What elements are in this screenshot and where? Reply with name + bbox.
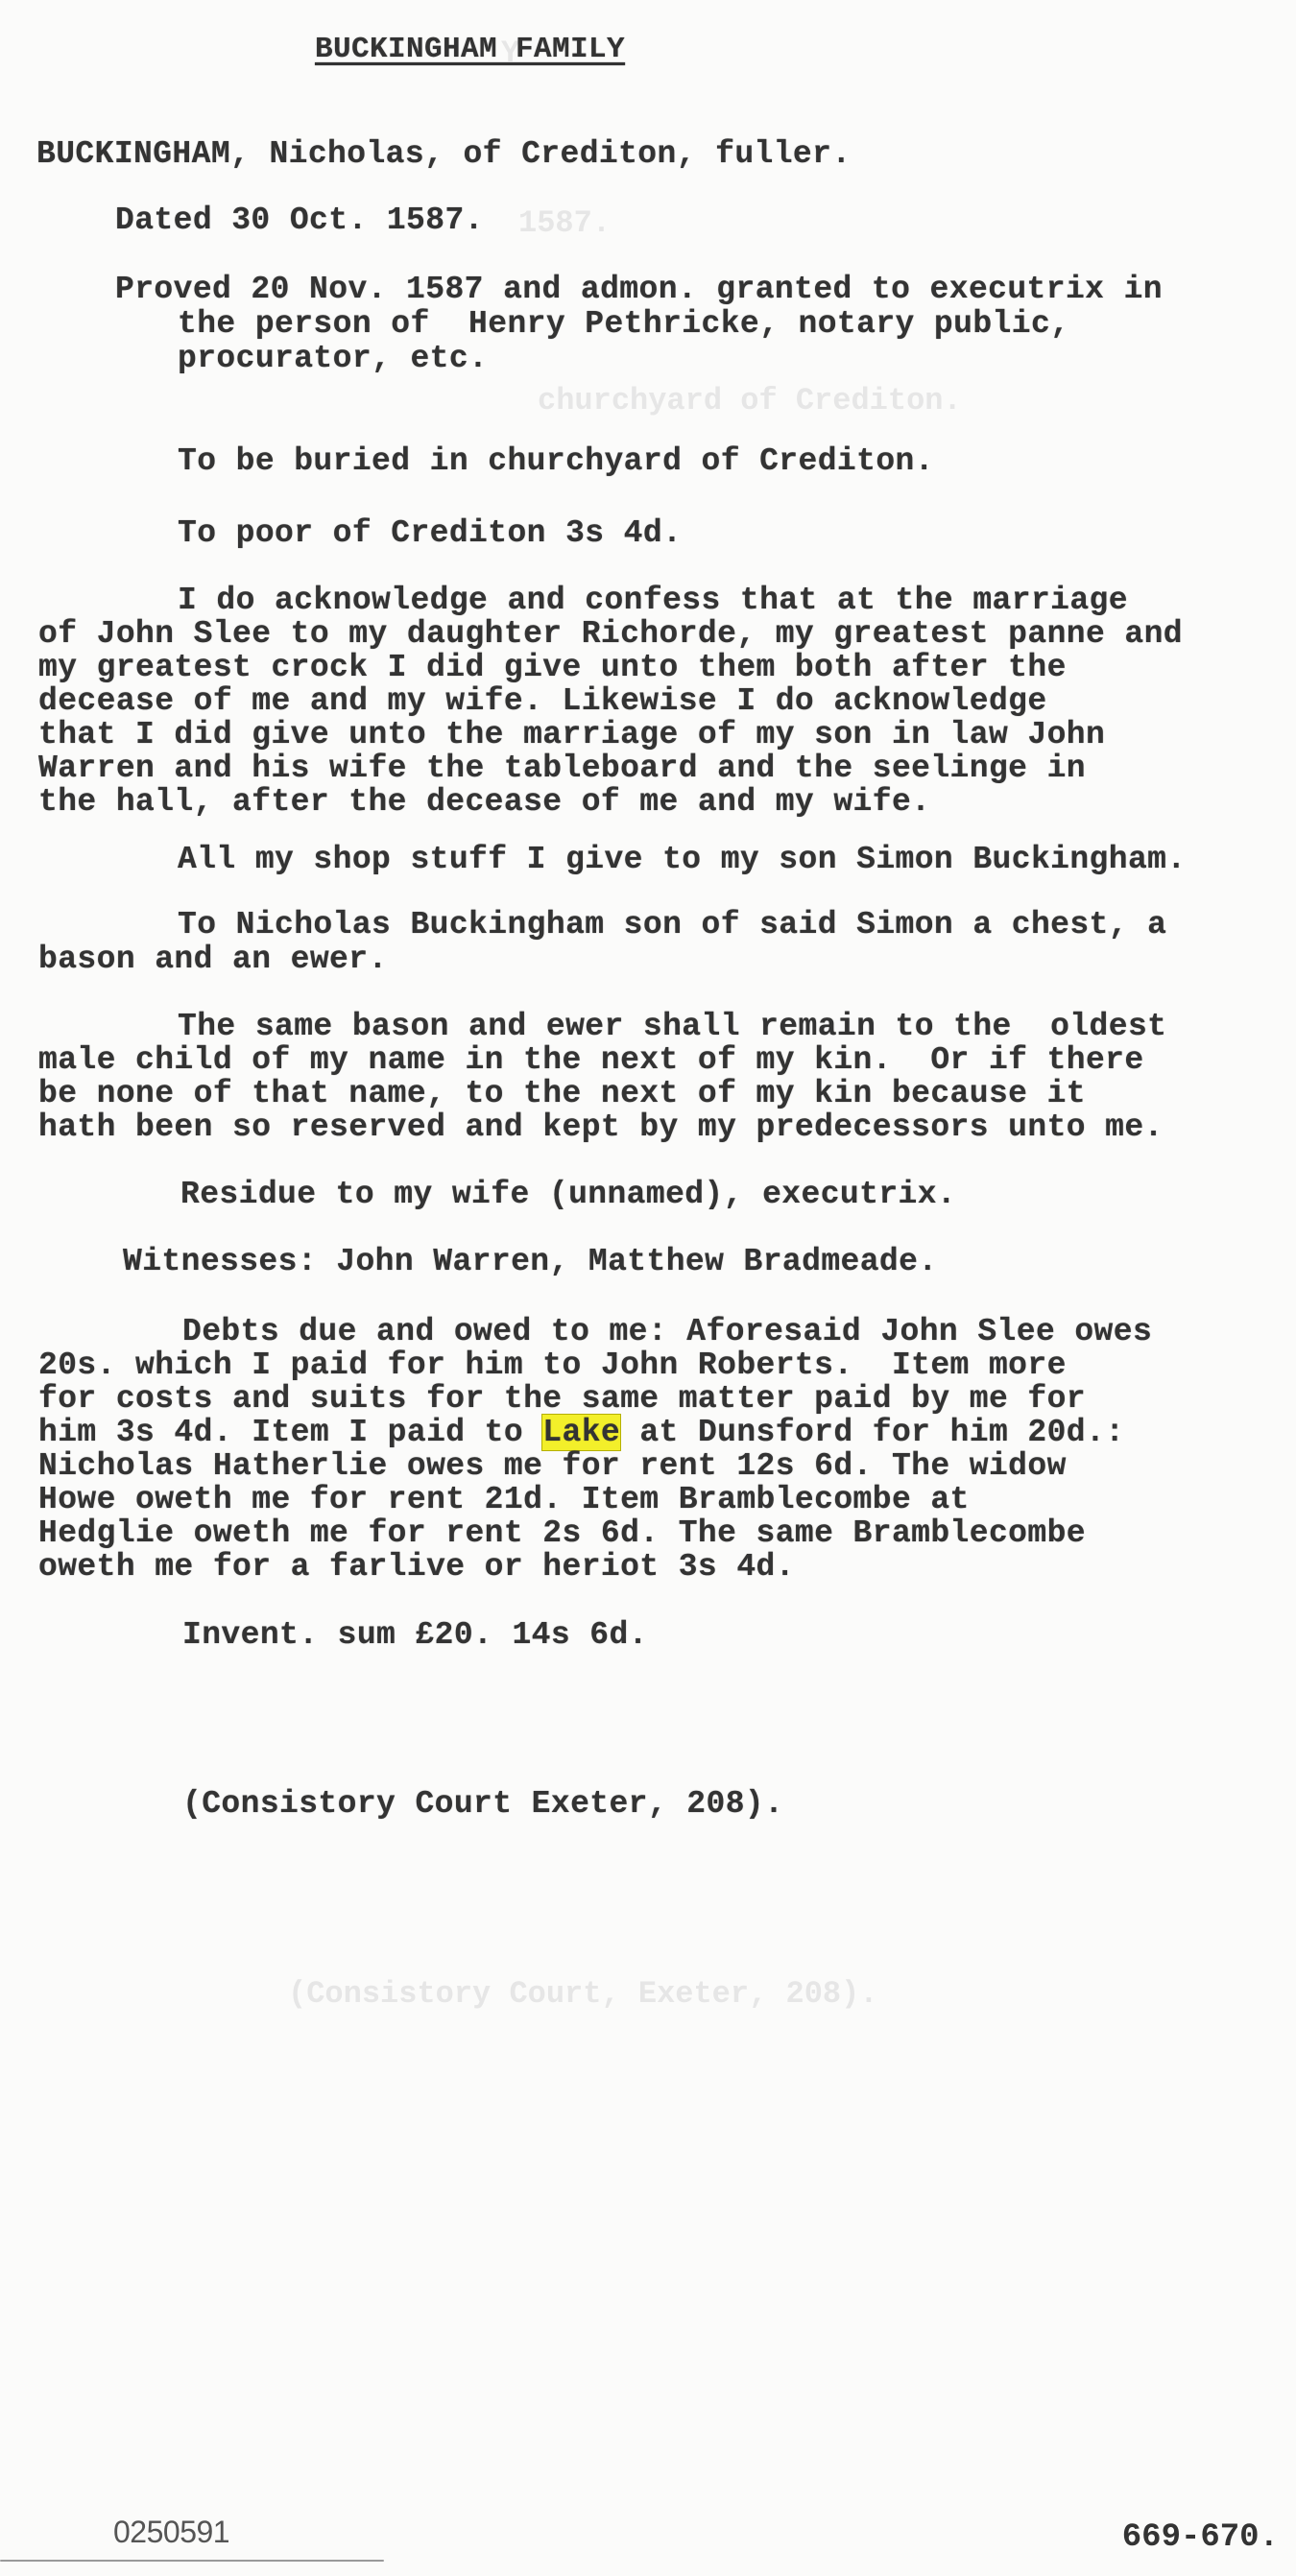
document-title: BUCKINGHAM FAMILY — [315, 33, 625, 67]
burial-clause: To be buried in churchyard of Crediton. — [178, 444, 934, 479]
page-numbers: 669-670. — [1122, 2519, 1279, 2556]
divider — [0, 2560, 384, 2562]
paragraph-line: Hedglie oweth me for rent 2s 6d. The sam… — [38, 1516, 1086, 1551]
witnesses-line: Witnesses: John Warren, Matthew Bradmead… — [123, 1245, 938, 1279]
probate-line: procurator, etc. — [178, 342, 488, 376]
probate-line: Proved 20 Nov. 1587 and admon. granted t… — [115, 273, 1163, 307]
paragraph-line: for costs and suits for the same matter … — [38, 1382, 1086, 1417]
paragraph-line: hath been so reserved and kept by my pre… — [38, 1110, 1164, 1145]
paragraph-line: my greatest crock I did give unto them b… — [38, 651, 1067, 685]
probate-line: the person of Henry Pethricke, notary pu… — [178, 307, 1069, 342]
paragraph-line: To Nicholas Buckingham son of said Simon… — [178, 908, 1166, 942]
paragraph-line: that I did give unto the marriage of my … — [38, 718, 1105, 752]
paragraph-line: him 3s 4d. Item I paid to Lake at Dunsfo… — [38, 1416, 1124, 1450]
bleed-through-text: churchyard of Crediton. — [538, 384, 962, 418]
paragraph-line: male child of my name in the next of my … — [38, 1043, 1144, 1078]
residue-clause: Residue to my wife (unnamed), executrix. — [180, 1178, 956, 1212]
paragraph-line: The same bason and ewer shall remain to … — [178, 1010, 1166, 1044]
paragraph-line: 20s. which I paid for him to John Robert… — [38, 1348, 1067, 1383]
poor-bequest: To poor of Crediton 3s 4d. — [178, 516, 682, 551]
source-citation: (Consistory Court Exeter, 208). — [182, 1787, 783, 1822]
paragraph-line: decease of me and my wife. Likewise I do… — [38, 684, 1047, 719]
highlighted-search-term[interactable]: Lake — [542, 1415, 620, 1450]
paragraph-line: I do acknowledge and confess that at the… — [178, 584, 1128, 618]
text-run: him 3s 4d. Item I paid to — [38, 1415, 542, 1450]
bleed-through-text: (Consistory Court, Exeter, 208). — [288, 1977, 878, 2012]
paragraph-line: bason and an ewer. — [38, 942, 388, 977]
inventory-sum: Invent. sum £20. 14s 6d. — [182, 1618, 648, 1653]
shop-bequest: All my shop stuff I give to my son Simon… — [178, 843, 1187, 877]
paragraph-line: be none of that name, to the next of my … — [38, 1077, 1086, 1111]
date-line: Dated 30 Oct. 1587. — [115, 203, 484, 238]
paragraph-line: the hall, after the decease of me and my… — [38, 785, 930, 820]
text-run: at Dunsford for him 20d.: — [620, 1415, 1124, 1450]
paragraph-line: Warren and his wife the tableboard and t… — [38, 751, 1086, 786]
paragraph-line: Debts due and owed to me: Aforesaid John… — [182, 1315, 1152, 1349]
paragraph-line: of John Slee to my daughter Richorde, my… — [38, 617, 1183, 652]
paragraph-line: Howe oweth me for rent 21d. Item Bramble… — [38, 1483, 970, 1517]
bleed-through-text: 1587. — [518, 206, 611, 241]
testator-heading: BUCKINGHAM, Nicholas, of Crediton, fulle… — [36, 137, 852, 172]
paragraph-line: oweth me for a farlive or heriot 3s 4d. — [38, 1550, 795, 1585]
paragraph-line: Nicholas Hatherlie owes me for rent 12s … — [38, 1449, 1067, 1484]
document-id: 0250591 — [113, 2515, 229, 2550]
